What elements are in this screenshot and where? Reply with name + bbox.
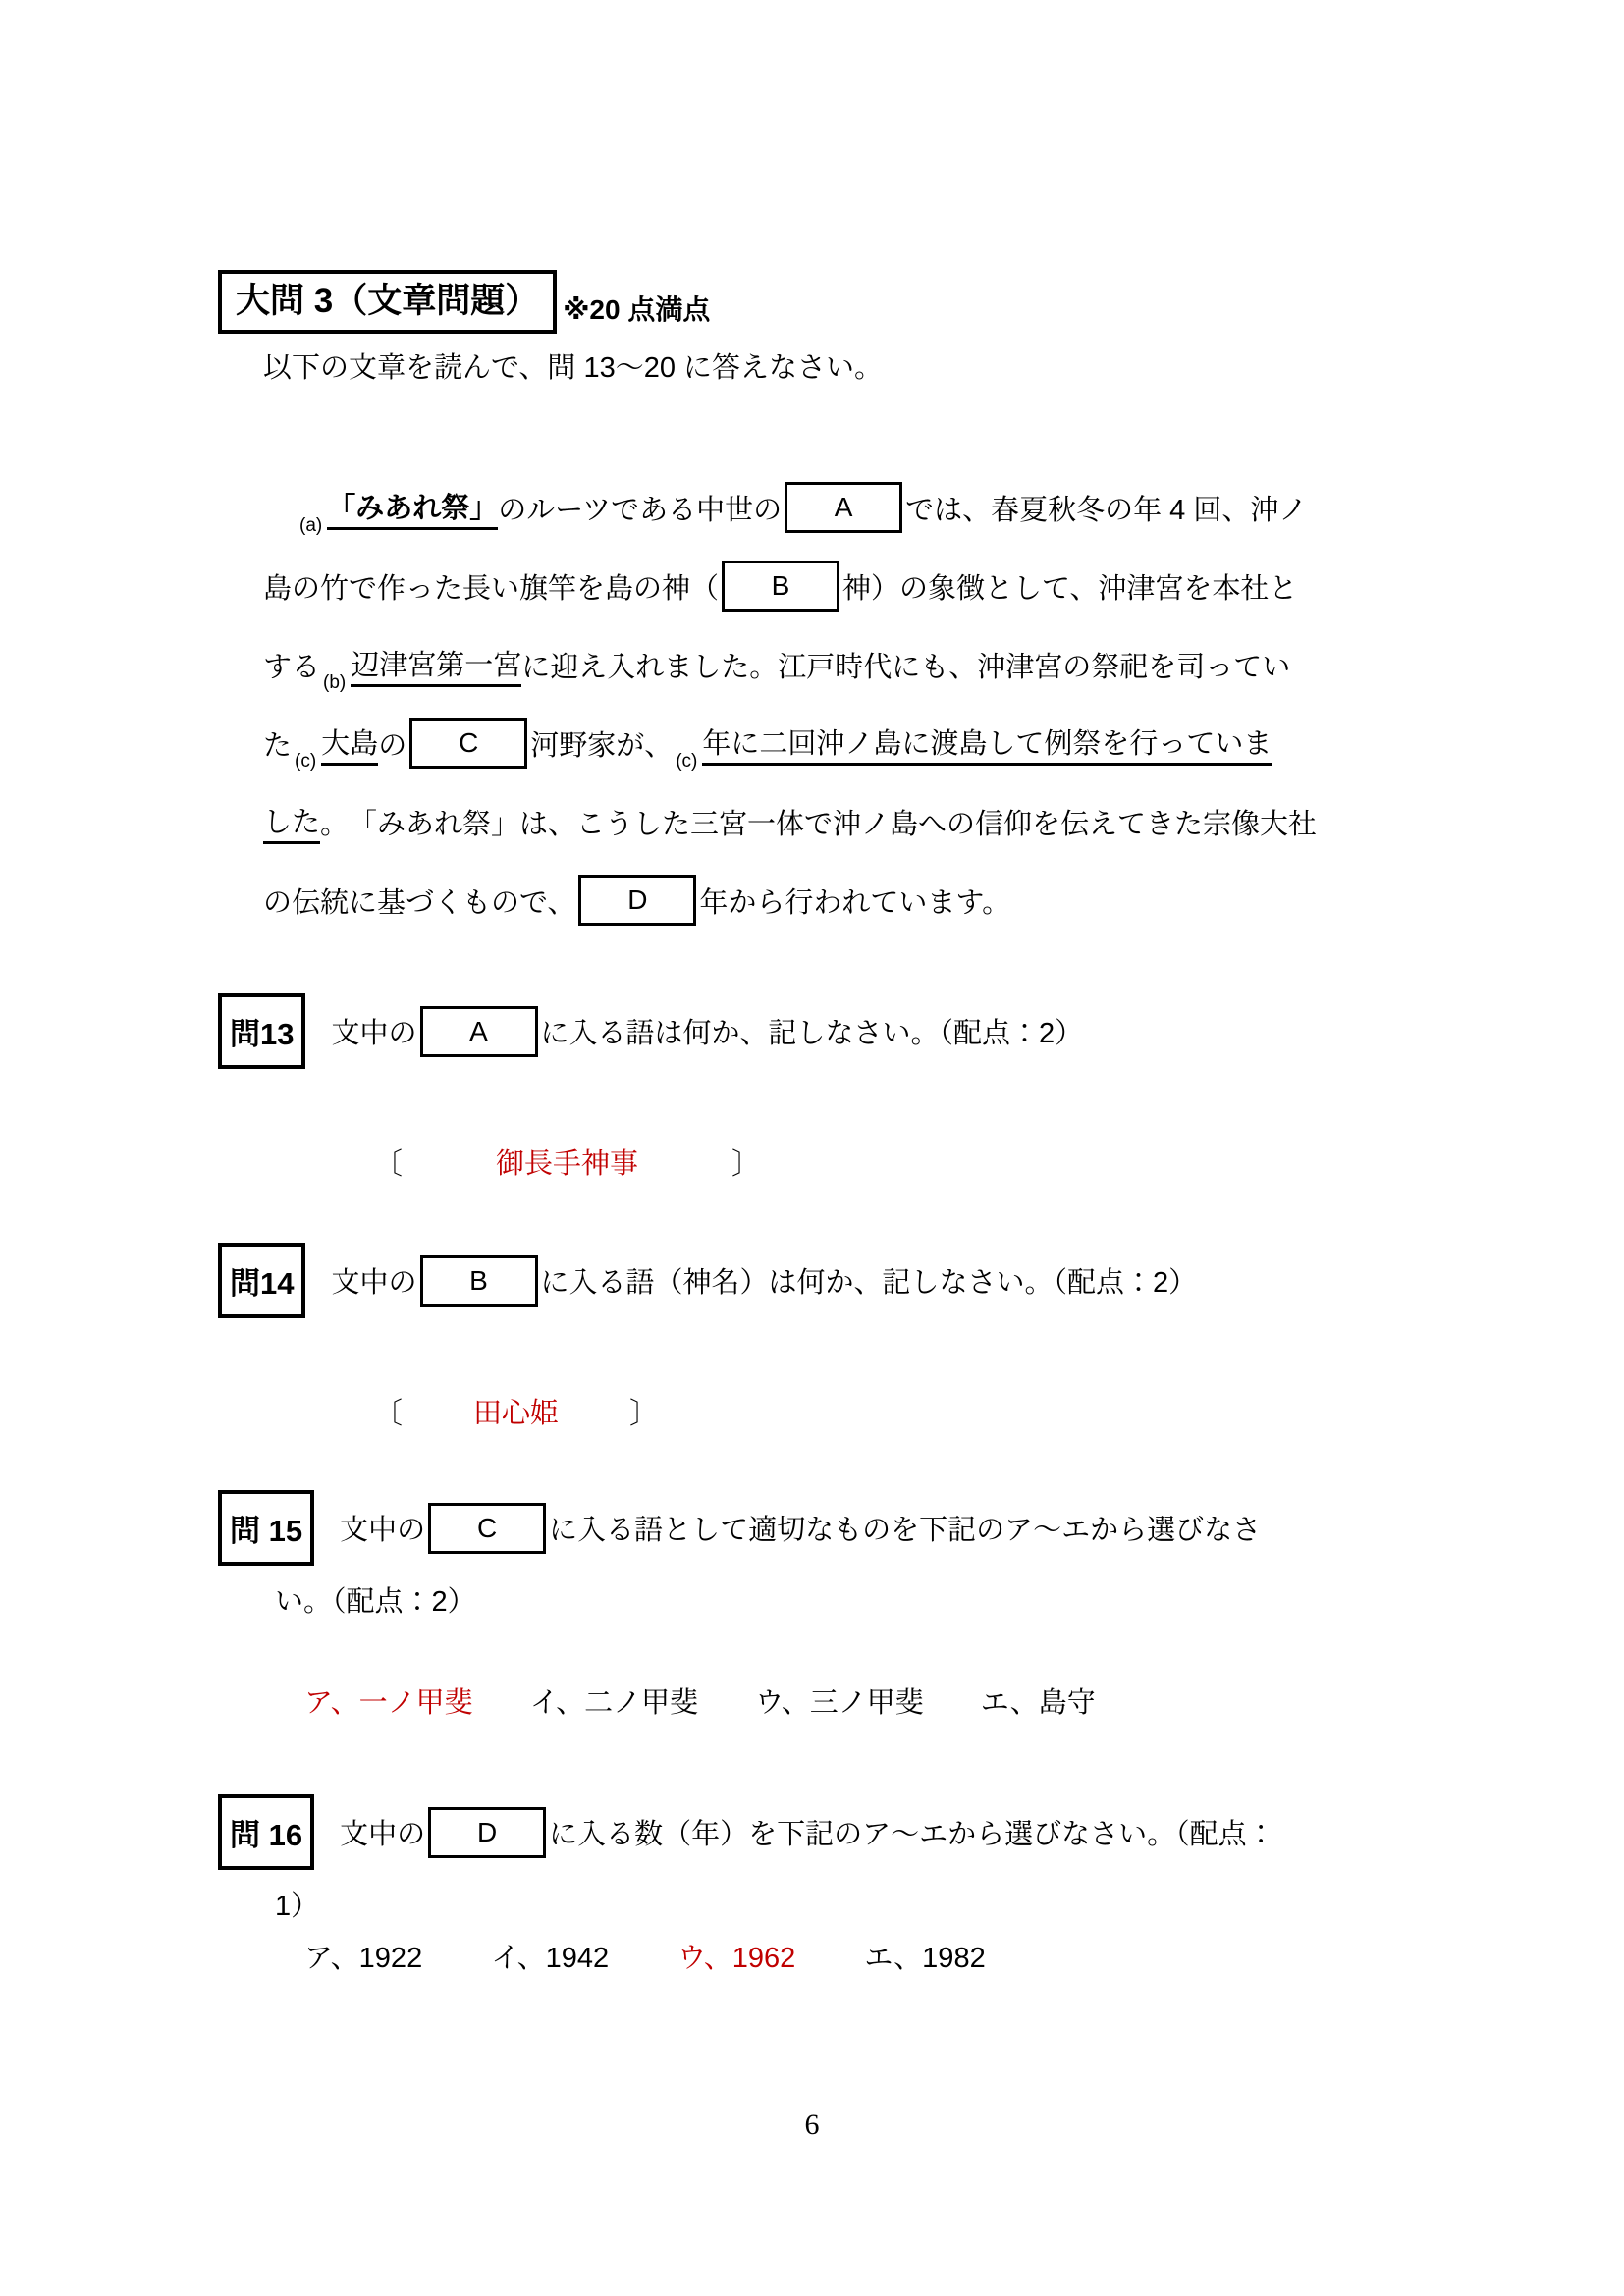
blank-box-a: A <box>785 482 902 533</box>
question-text: に入る語（神名）は何か、記しなさい。（配点：2） <box>541 1260 1198 1301</box>
question-text: 文中の <box>331 1260 416 1301</box>
underlined-term: 辺津宮第一宮 <box>351 643 521 687</box>
passage-line-2: 島の竹で作った長い旗竿を島の神（ B 神）の象徴として、沖津宮を本社と <box>263 547 1402 625</box>
section-title: 大問 3（文章問題） <box>218 270 557 334</box>
question-14-label: 問14 <box>218 1243 305 1318</box>
question-16-label: 問 16 <box>218 1794 314 1870</box>
page-number: 6 <box>0 2109 1624 2142</box>
passage-line-1: (a) 「みあれ祭」 のルーツである中世の A では、春夏秋冬の年 4 回、沖ノ <box>297 468 1402 547</box>
passage-text: 年から行われています。 <box>699 881 1010 921</box>
option-u-correct: ウ、1962 <box>677 1936 795 1976</box>
blank-box-d: D <box>578 875 696 926</box>
question-15-options: ア、一ノ甲斐 イ、二ノ甲斐 ウ、三ノ甲斐 エ、島守 <box>304 1681 1261 1721</box>
question-16-blank-d: D <box>428 1807 546 1858</box>
passage-line-4: た (c) 大島 の C 河野家が、 (c) 年に二回沖ノ島に渡島して例祭を行っ… <box>263 704 1402 782</box>
blank-box-b: B <box>722 561 839 612</box>
passage-line-5: した 。 「みあれ祭」は、こうした三宮一体で沖ノ島への信仰を伝えてきた宗像大社 <box>263 782 1402 861</box>
option-u: ウ、三ノ甲斐 <box>755 1681 924 1721</box>
question-text: に入る語は何か、記しなさい。（配点：2） <box>541 1011 1084 1051</box>
question-14-answer: 田心姫 <box>473 1391 559 1431</box>
underlined-phrase: 年に二回沖ノ島に渡島して例祭を行っていま <box>702 721 1272 766</box>
question-15-label: 問 15 <box>218 1490 314 1566</box>
blank-box-c: C <box>409 718 527 769</box>
festival-name-emphasis: 「みあれ祭」 <box>327 486 498 530</box>
question-14-answer-row: 〔 田心姫 〕 <box>373 1389 1197 1432</box>
footnote-marker-b: (b) <box>323 672 346 704</box>
passage-text: 神）の象徴として、沖津宮を本社と <box>842 566 1297 607</box>
underlined-term: 大島 <box>321 721 378 766</box>
question-text: に入る語として適切なものを下記のア～エから選びなさ <box>549 1508 1261 1548</box>
question-16-text-line2: 1） <box>275 1884 1275 1924</box>
question-15: 問 15 文中の C に入る語として適切なものを下記のア～エから選びなさ い。（… <box>218 1490 1261 1721</box>
passage: (a) 「みあれ祭」 のルーツである中世の A では、春夏秋冬の年 4 回、沖ノ… <box>263 468 1402 939</box>
passage-text: に迎え入れました。江戸時代にも、沖津宮の祭祀を司ってい <box>521 645 1290 685</box>
answer-bracket-close: 〕 <box>731 1140 761 1183</box>
option-i: イ、二ノ甲斐 <box>530 1681 698 1721</box>
question-text: 文中の <box>340 1812 425 1852</box>
passage-text: 。 <box>320 802 349 842</box>
section-header: 大問 3（文章問題） ※20 点満点 <box>218 270 710 334</box>
question-15-row: 問 15 文中の C に入る語として適切なものを下記のア～エから選びなさ <box>218 1490 1261 1566</box>
question-13-answer: 御長手神事 <box>496 1142 638 1182</box>
passage-text: の伝統に基づくもので、 <box>263 881 575 921</box>
question-13-row: 問13 文中の A に入る語は何か、記しなさい。（配点：2） <box>218 993 1083 1069</box>
option-a: ア、1922 <box>304 1936 422 1976</box>
question-13-label: 問13 <box>218 993 305 1069</box>
option-e: エ、島守 <box>981 1681 1096 1721</box>
footnote-marker-c: (c) <box>295 751 316 782</box>
passage-text: では、春夏秋冬の年 4 回、沖ノ <box>905 488 1307 528</box>
passage-line-3: する (b) 辺津宮第一宮 に迎え入れました。江戸時代にも、沖津宮の祭祀を司って… <box>263 625 1402 704</box>
section-points-note: ※20 点満点 <box>563 289 710 334</box>
option-i: イ、1942 <box>491 1936 609 1976</box>
question-13-answer-row: 〔 御長手神事 〕 <box>373 1140 1083 1183</box>
question-15-blank-c: C <box>428 1503 546 1554</box>
question-14: 問14 文中の B に入る語（神名）は何か、記しなさい。（配点：2） 〔 田心姫… <box>218 1243 1197 1432</box>
option-a-correct: ア、一ノ甲斐 <box>304 1681 473 1721</box>
question-text: に入る数（年）を下記のア～エから選びなさい。（配点： <box>549 1812 1275 1852</box>
question-16-options: ア、1922 イ、1942 ウ、1962 エ、1982 <box>304 1936 1275 1976</box>
passage-text: する <box>263 645 320 685</box>
question-16: 問 16 文中の D に入る数（年）を下記のア～エから選びなさい。（配点： 1）… <box>218 1794 1275 1976</box>
passage-text: 「みあれ祭」は、こうした三宮一体で沖ノ島への信仰を伝えてきた宗像大社 <box>349 802 1317 842</box>
question-14-row: 問14 文中の B に入る語（神名）は何か、記しなさい。（配点：2） <box>218 1243 1197 1318</box>
question-16-row: 問 16 文中の D に入る数（年）を下記のア～エから選びなさい。（配点： <box>218 1794 1275 1870</box>
passage-text: のルーツである中世の <box>498 488 782 528</box>
section-instruction: 以下の文章を読んで、問 13～20 に答えなさい。 <box>263 346 883 386</box>
answer-bracket-close: 〕 <box>629 1389 659 1432</box>
option-e: エ、1982 <box>864 1936 985 1976</box>
footnote-marker-c2: (c) <box>676 751 697 782</box>
passage-text: 島の竹で作った長い旗竿を島の神（ <box>263 566 719 607</box>
answer-bracket-open: 〔 <box>373 1140 403 1183</box>
passage-text: た <box>263 723 292 764</box>
footnote-marker-a: (a) <box>299 515 322 547</box>
exam-page: 大問 3（文章問題） ※20 点満点 以下の文章を読んで、問 13～20 に答え… <box>0 0 1624 2296</box>
passage-line-6: の伝統に基づくもので、 D 年から行われています。 <box>263 861 1402 939</box>
question-text: 文中の <box>340 1508 425 1548</box>
question-13-blank-a: A <box>420 1006 538 1057</box>
passage-text: 河野家が、 <box>530 723 673 764</box>
underlined-phrase-continued: した <box>263 800 320 844</box>
question-13: 問13 文中の A に入る語は何か、記しなさい。（配点：2） 〔 御長手神事 〕 <box>218 993 1083 1183</box>
question-14-blank-b: B <box>420 1255 538 1307</box>
answer-bracket-open: 〔 <box>373 1389 403 1432</box>
question-text: 文中の <box>331 1011 416 1051</box>
question-15-text-line2: い。（配点：2） <box>275 1579 1261 1620</box>
passage-text: の <box>378 723 406 764</box>
